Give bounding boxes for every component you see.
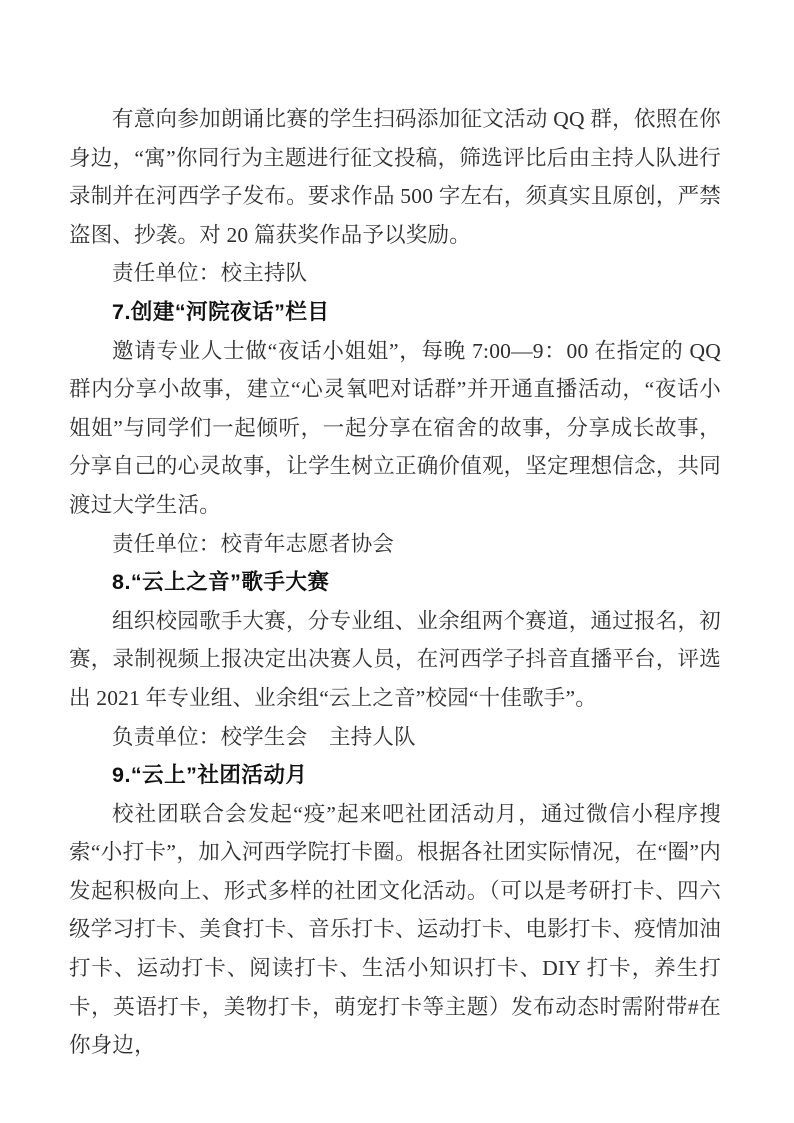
responsible-unit-line-2: 责任单位：校青年志愿者协会	[69, 525, 721, 564]
section-heading-8: 8.“云上之音”歌手大赛	[69, 563, 721, 602]
paragraph-night-talk: 邀请专业人士做“夜话小姐姐”，每晚 7:00—9：00 在指定的 QQ 群内分享…	[69, 332, 721, 525]
responsible-unit-line-3: 负责单位：校学生会 主持人队	[69, 718, 721, 757]
section-heading-7: 7.创建“河院夜话”栏目	[69, 293, 721, 332]
responsible-unit-line-1: 责任单位：校主持队	[69, 254, 721, 293]
paragraph-singer-contest: 组织校园歌手大赛，分专业组、业余组两个赛道，通过报名，初赛，录制视频上报决定出决…	[69, 602, 721, 718]
document-page: 有意向参加朗诵比赛的学生扫码添加征文活动 QQ 群，依照在你身边，“寓”你同行为…	[0, 0, 794, 1123]
section-heading-9: 9.“云上”社团活动月	[69, 756, 721, 795]
paragraph-recitation-contest: 有意向参加朗诵比赛的学生扫码添加征文活动 QQ 群，依照在你身边，“寓”你同行为…	[69, 100, 721, 254]
paragraph-club-activity-month: 校社团联合会发起“疫”起来吧社团活动月，通过微信小程序搜索“小打卡”，加入河西学…	[69, 795, 721, 1065]
document-content: 有意向参加朗诵比赛的学生扫码添加征文活动 QQ 群，依照在你身边，“寓”你同行为…	[69, 100, 721, 1065]
